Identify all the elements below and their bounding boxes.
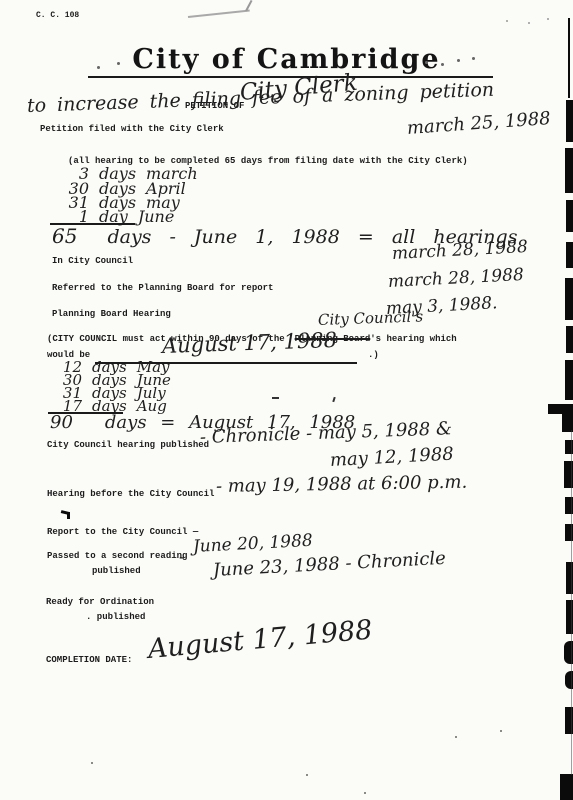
ink-speck	[500, 730, 502, 732]
ink-stray-mark	[67, 512, 70, 519]
ink-speck	[472, 57, 475, 60]
scan-artifact	[565, 278, 573, 320]
scan-artifact	[566, 100, 573, 142]
petition-subject-handwritten: to increase the filing fee of a zoning p…	[27, 81, 495, 116]
scan-artifact	[571, 430, 572, 775]
ink-speck	[306, 774, 308, 776]
document-title: City of Cambridge	[132, 44, 440, 75]
second-reading-date-handwritten: June 20, 1988	[193, 533, 314, 556]
milestone-date-handwritten: march 28, 1988	[392, 239, 529, 263]
ink-speck	[364, 792, 366, 794]
clause-text-after: 's hearing which	[370, 334, 456, 344]
scan-artifact	[566, 326, 573, 353]
tally-total-count: 65	[52, 224, 77, 248]
completion-date-handwritten: August 17, 1988	[147, 616, 374, 663]
ink-stray-mark	[272, 397, 279, 399]
petition-filed-label: Petition filed with the City Clerk	[40, 124, 224, 135]
form-number: C. C. 108	[36, 10, 79, 21]
scan-artifact	[566, 242, 573, 268]
ink-stray-mark	[332, 397, 335, 402]
ink-speck	[457, 59, 460, 62]
scan-artifact	[565, 148, 573, 193]
ink-speck	[91, 762, 93, 764]
petition-filed-date-handwritten: march 25, 1988	[406, 110, 551, 138]
pencil-mark	[188, 10, 250, 18]
ink-speck	[547, 18, 549, 20]
second-reading-published-value-handwritten: June 23, 1988 - Chronicle	[213, 550, 447, 580]
tally-month: June	[138, 207, 175, 226]
scanned-document-page: C. C. 108 City of Cambridge PETITION OF …	[0, 0, 573, 800]
tally-total-count: 90	[50, 412, 73, 433]
second-reading-label: Passed to a second reading	[47, 551, 187, 562]
hearing-published-label: City Council hearing published	[47, 440, 209, 451]
milestone-date-handwritten: march 28, 1988	[388, 267, 525, 291]
scan-artifact	[565, 360, 573, 400]
second-reading-published-label: published	[92, 566, 141, 577]
second-reading-dash: -	[179, 549, 184, 565]
ink-speck	[455, 736, 457, 738]
scan-artifact	[560, 774, 573, 800]
milestone-label-in-city-council: In City Council	[52, 256, 133, 267]
scan-artifact	[566, 200, 573, 232]
ink-speck	[117, 62, 120, 65]
ready-for-ordination-label: Ready for Ordination	[46, 597, 154, 608]
clause-filled-date-handwritten: August 17, 1988	[162, 330, 338, 357]
scan-artifact	[562, 404, 573, 432]
hearing-before-council-label: Hearing before the City Council	[47, 489, 214, 500]
ink-speck	[441, 63, 444, 66]
clause-correction-handwritten: City Council's	[318, 309, 424, 328]
completion-date-label: COMPLETION DATE:	[46, 655, 132, 666]
ink-speck	[528, 22, 530, 24]
clause-close-paren: .)	[368, 350, 379, 361]
scan-artifact	[568, 18, 570, 98]
ink-speck	[425, 61, 428, 64]
milestone-label-planning-board-hearing: Planning Board Hearing	[52, 309, 171, 320]
ink-speck	[506, 20, 508, 22]
milestone-label-referred-planning-board: Referred to the Planning Board for repor…	[52, 283, 273, 294]
ink-speck	[97, 66, 100, 69]
hearing-published-value2-handwritten: may 12, 1988	[330, 446, 455, 470]
ordination-published-label: . published	[86, 612, 145, 623]
report-to-council-label: Report to the City Council —	[47, 527, 198, 538]
hearing-before-council-value-handwritten: - may 19, 1988 at 6:00 p.m.	[216, 474, 468, 496]
